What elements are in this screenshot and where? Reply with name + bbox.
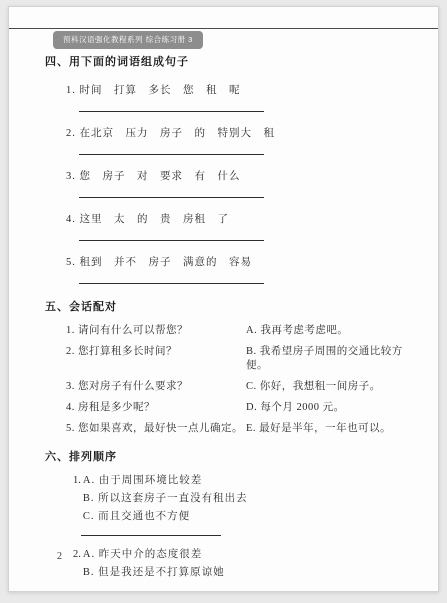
match-answer: C. 你好，我想租一间房子。 [246, 380, 416, 394]
workbook-page: 预科汉语强化教程系列 综合练习册 3 四、用下面的词语组成句子 1. 时间 打算… [8, 6, 439, 592]
ordering-line: B. 所以这套房子一直没有租出去 [83, 490, 416, 508]
section-four-title: 四、用下面的词语组成句子 [45, 55, 416, 69]
match-question: 2. 您打算租多长时间？ [66, 345, 246, 373]
page-content: 四、用下面的词语组成句子 1. 时间 打算 多长 您 租 呢 2. 在北京 压力… [45, 55, 416, 582]
match-question: 5. 您如果喜欢，最好快一点儿确定。 [66, 422, 246, 436]
match-answer: E. 最好是半年，一年也可以。 [246, 422, 416, 436]
ordering-line: A. 昨天中介的态度很差 [83, 546, 416, 564]
sentence-item-3: 3. 您 房子 对 要求 有 什么 [66, 170, 416, 183]
page-number: 2 [57, 551, 62, 562]
group-number: 1. [73, 472, 81, 526]
answer-blank-line [79, 240, 264, 241]
answer-blank-line [79, 154, 264, 155]
match-question: 1. 请问有什么可以帮您？ [66, 324, 246, 338]
ordering-line: A. 由于周围环境比较差 [83, 472, 416, 490]
group-lines: A. 昨天中介的态度很差 B. 但是我还是不打算原谅她 [83, 546, 416, 582]
group-number: 2. [73, 546, 81, 582]
answer-blank-line [79, 283, 264, 284]
match-row-5: 5. 您如果喜欢，最好快一点儿确定。 E. 最好是半年，一年也可以。 [45, 422, 416, 436]
match-row-3: 3. 您对房子有什么要求？ C. 你好，我想租一间房子。 [45, 380, 416, 394]
ordering-line: B. 但是我还是不打算原谅她 [83, 564, 416, 582]
ordering-group-1: 1. A. 由于周围环境比较差 B. 所以这套房子一直没有租出去 C. 而且交通… [73, 472, 416, 526]
group-lines: A. 由于周围环境比较差 B. 所以这套房子一直没有租出去 C. 而且交通也不方… [83, 472, 416, 526]
match-row-4: 4. 房租是多少呢？ D. 每个月 2000 元。 [45, 401, 416, 415]
answer-blank-line [81, 535, 221, 536]
matching-list: 1. 请问有什么可以帮您？ A. 我再考虑考虑吧。 2. 您打算租多长时间？ B… [45, 324, 416, 436]
match-row-2: 2. 您打算租多长时间？ B. 我希望房子周围的交通比较方便。 [45, 345, 416, 373]
match-question: 3. 您对房子有什么要求？ [66, 380, 246, 394]
match-question: 4. 房租是多少呢？ [66, 401, 246, 415]
match-row-1: 1. 请问有什么可以帮您？ A. 我再考虑考虑吧。 [45, 324, 416, 338]
answer-blank-line [79, 111, 264, 112]
ordering-group-2: 2. A. 昨天中介的态度很差 B. 但是我还是不打算原谅她 [73, 546, 416, 582]
answer-blank-line [79, 197, 264, 198]
match-answer: A. 我再考虑考虑吧。 [246, 324, 416, 338]
series-badge: 预科汉语强化教程系列 综合练习册 3 [53, 31, 203, 49]
section-six-title: 六、排列顺序 [45, 450, 416, 464]
document-canvas: 预科汉语强化教程系列 综合练习册 3 四、用下面的词语组成句子 1. 时间 打算… [0, 0, 447, 603]
ordering-line: C. 而且交通也不方便 [83, 508, 416, 526]
header-rule [9, 28, 438, 29]
sentence-item-4: 4. 这里 太 的 贵 房租 了 [66, 213, 416, 226]
match-answer: B. 我希望房子周围的交通比较方便。 [246, 345, 416, 373]
sentence-item-1: 1. 时间 打算 多长 您 租 呢 [66, 84, 416, 97]
sentence-item-2: 2. 在北京 压力 房子 的 特别大 租 [66, 127, 416, 140]
match-answer: D. 每个月 2000 元。 [246, 401, 416, 415]
section-five-title: 五、会话配对 [45, 300, 416, 314]
sentence-item-5: 5. 租到 并不 房子 满意的 容易 [66, 256, 416, 269]
